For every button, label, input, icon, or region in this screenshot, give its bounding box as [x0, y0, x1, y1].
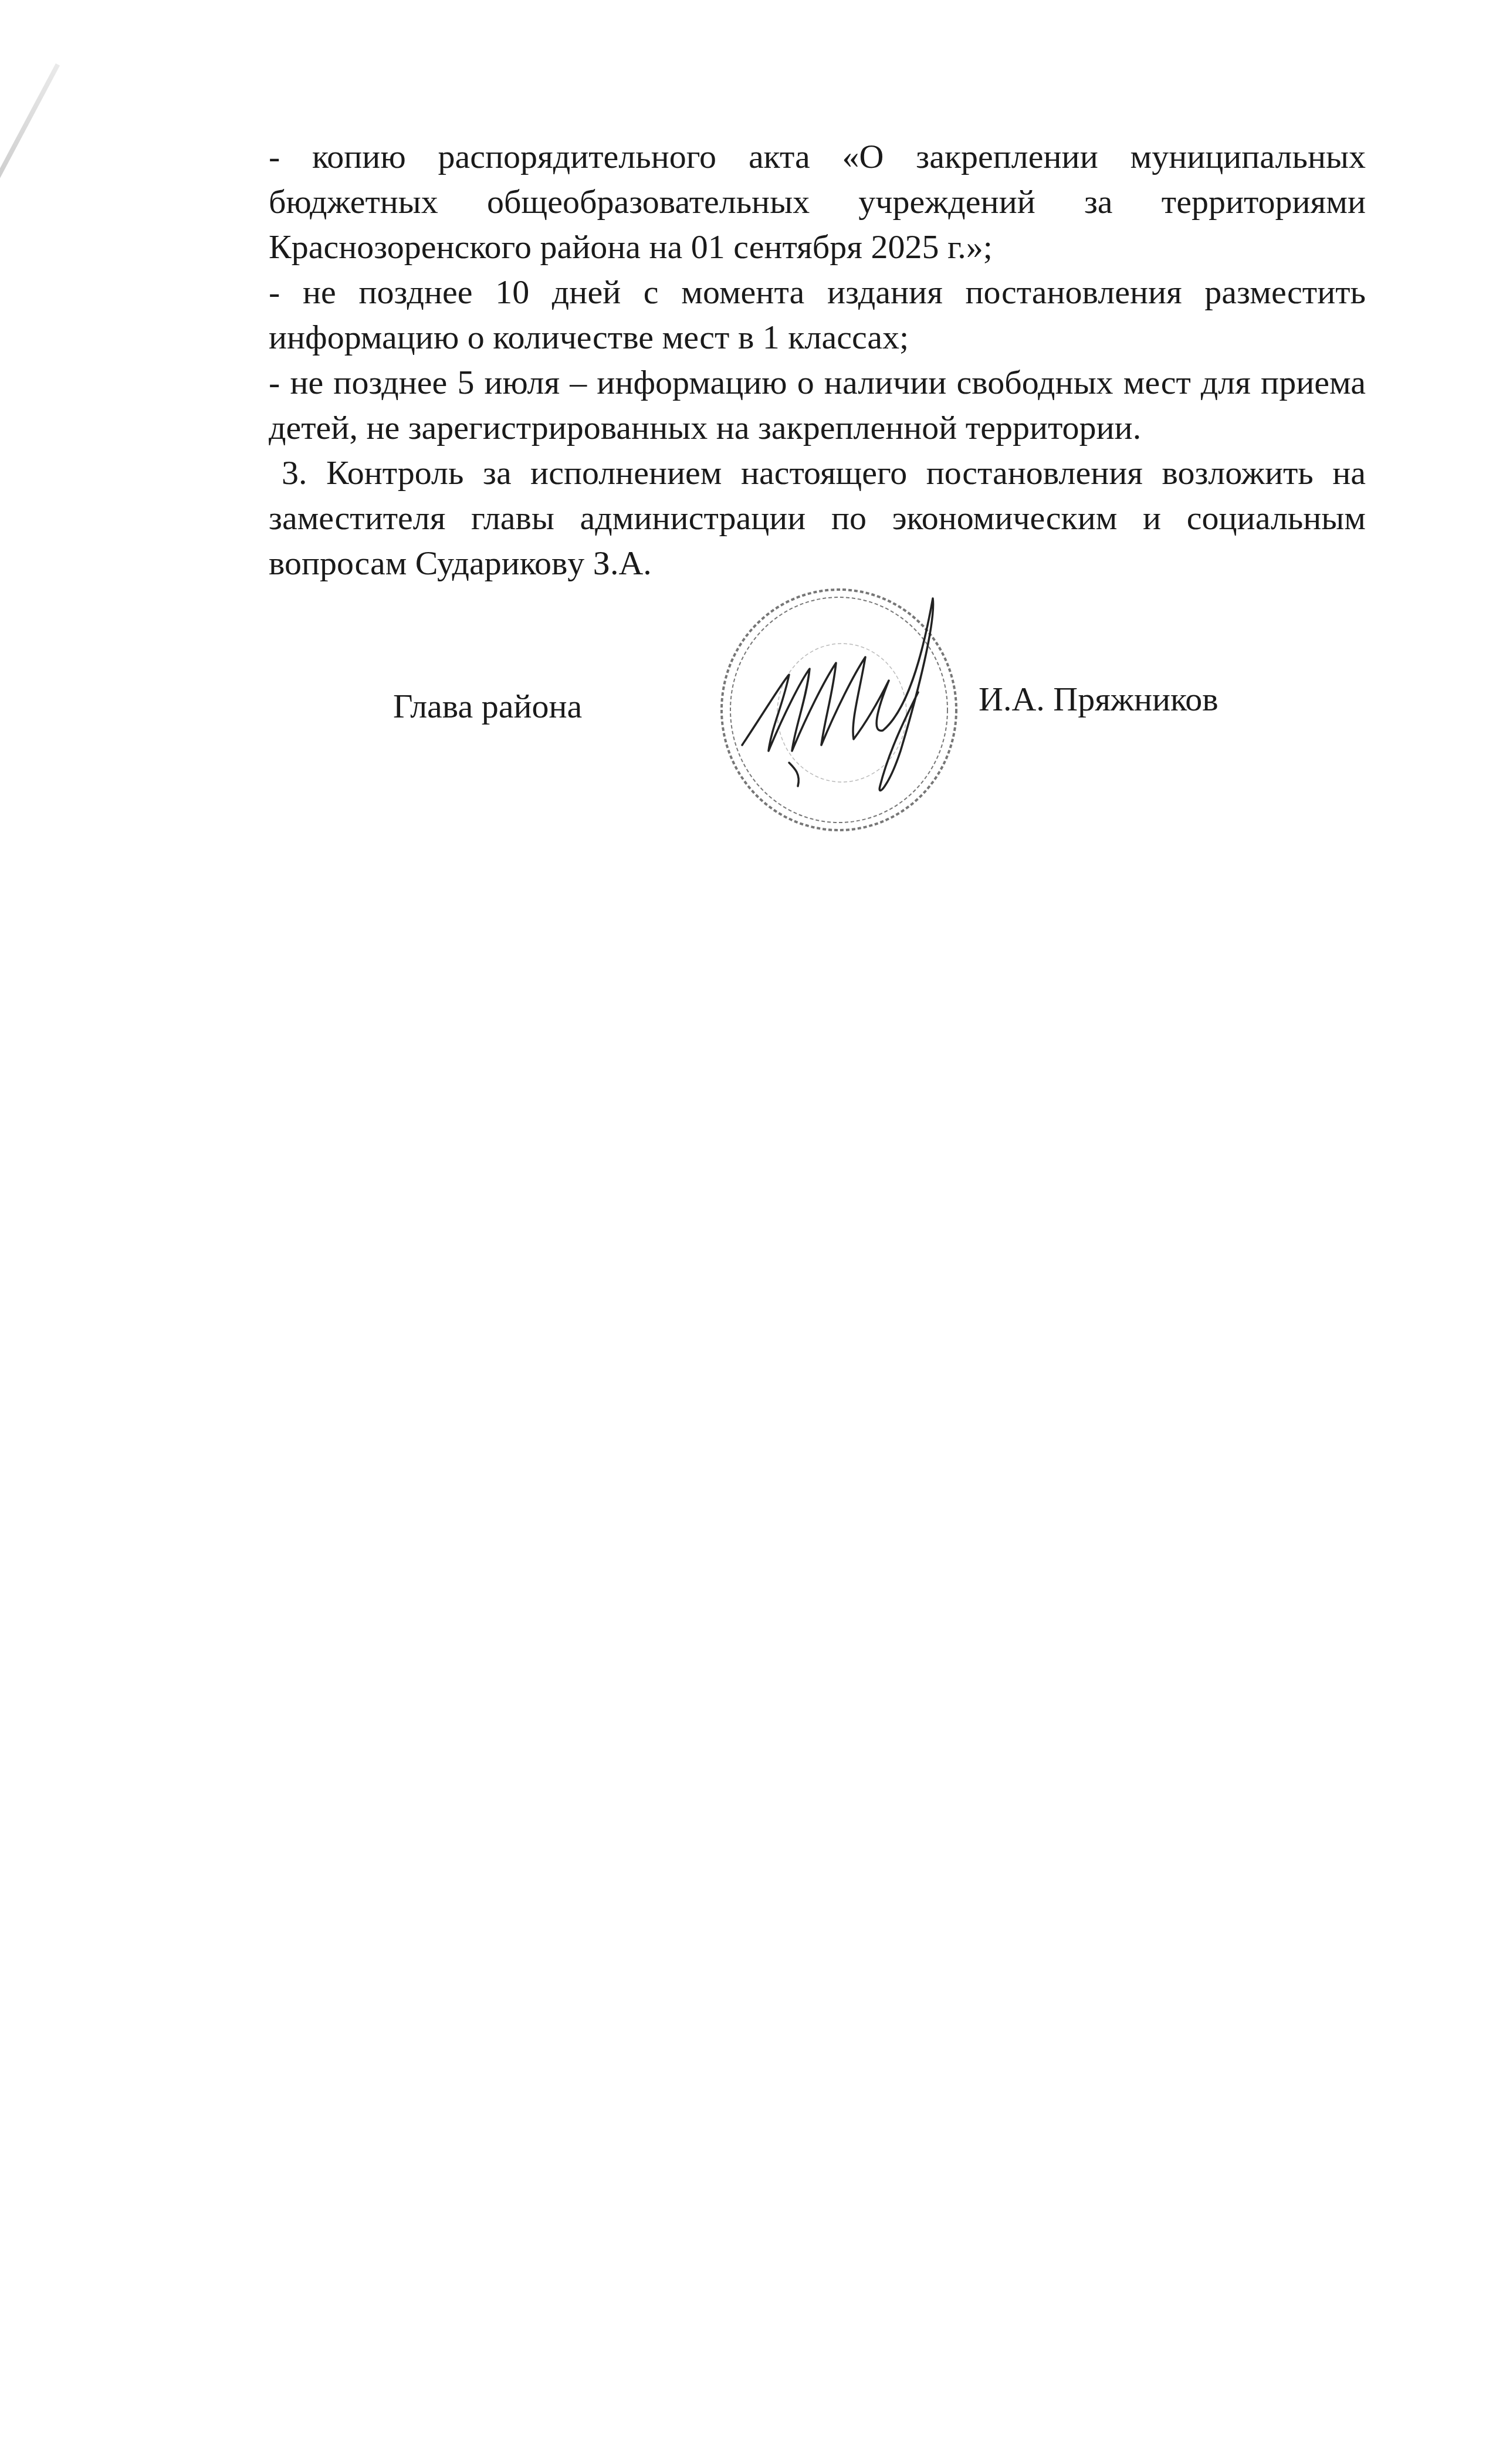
signatory-name: И.А. Пряжников	[979, 679, 1219, 719]
text-line: заместителя главы администрации по эконо…	[269, 495, 1366, 540]
paragraph-copy-act: - копию распорядительного акта «О закреп…	[269, 134, 1366, 269]
text-line: - копию распорядительного акта «О закреп…	[269, 134, 1366, 179]
text-line: - не позднее 5 июля – информацию о налич…	[269, 360, 1366, 405]
paragraph-item-3: 3. Контроль за исполнением настоящего по…	[269, 450, 1366, 585]
document-body: - копию распорядительного акта «О закреп…	[269, 134, 1366, 585]
text-line: 3. Контроль за исполнением настоящего по…	[269, 450, 1366, 495]
text-line: бюджетных общеобразовательных учреждений…	[269, 179, 1366, 224]
scan-artifact-streak	[0, 63, 60, 438]
paragraph-july-5: - не позднее 5 июля – информацию о налич…	[269, 360, 1366, 450]
paragraph-ten-days: - не позднее 10 дней с момента издания п…	[269, 269, 1366, 360]
text-line: - не позднее 10 дней с момента издания п…	[269, 269, 1366, 314]
text-line: информацию о количестве мест в 1 классах…	[269, 314, 1366, 360]
official-seal-stamp-icon	[713, 575, 977, 839]
signatory-position: Глава района	[393, 686, 582, 726]
text-line: детей, не зарегистрированных на закрепле…	[269, 405, 1366, 450]
text-line: Краснозоренского района на 01 сентября 2…	[269, 224, 1366, 269]
